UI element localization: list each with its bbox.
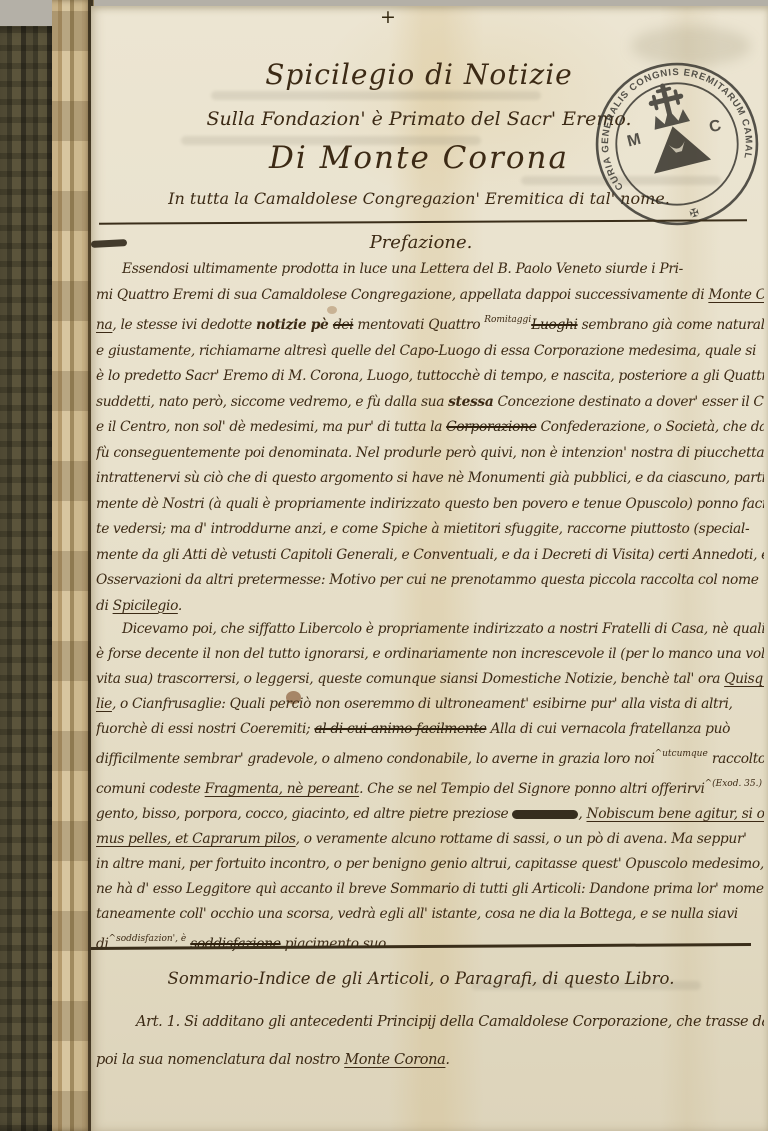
manuscript-line: è forse decente il non del tutto ignorar…: [96, 642, 764, 667]
text-segment: mente dè Nostri (à quali è propriamente …: [96, 496, 764, 512]
preface-heading: Prefazione.: [91, 232, 751, 253]
text-segment: è forse decente il non del tutto ignorar…: [96, 646, 764, 662]
summary-heading: Sommario-Indice de gli Articoli, o Parag…: [91, 969, 751, 988]
manuscript-page: + Spicilegio di Notizie Sulla Fondazion'…: [91, 6, 768, 1131]
text-segment: Concezione destinato a dover' esser il C…: [493, 394, 764, 410]
manuscript-line: poi la sua nomenclatura dal nostro Monte…: [96, 1041, 764, 1079]
text-segment: ,: [578, 806, 586, 822]
manuscript-line: di^soddisfazion', è soddisfazione piacim…: [96, 927, 764, 957]
text-segment: ne hà d' esso Leggitore quì accanto il b…: [96, 881, 764, 897]
manuscript-line: in altre mani, per fortuito incontro, o …: [96, 852, 764, 877]
preface-paragraph-1: Essendosi ultimamente prodotta in luce u…: [96, 257, 764, 619]
text-segment: Romitaggi: [484, 315, 531, 325]
text-segment: ^soddisfazion', è: [109, 934, 187, 944]
mountain-icon: [644, 119, 711, 173]
text-segment: Nobiscum bene agitur, si obtuleri-: [587, 806, 765, 822]
text-segment: Corporazione: [446, 419, 536, 435]
text-segment: na: [96, 317, 112, 333]
text-segment: comuni codeste: [96, 781, 205, 797]
text-segment: , o veramente alcuno rottame di sassi, o…: [296, 831, 747, 847]
manuscript-line: Essendosi ultimamente prodotta in luce u…: [96, 257, 764, 283]
stamp-emblem: CURIA GENERALIS CONGNIS EREMITARUM CAMAL…: [591, 58, 763, 230]
text-segment: gento, bisso, porpora, cocco, giacinto, …: [96, 806, 512, 822]
manuscript-line: fuorchè di essi nostri Coeremiti; al di …: [96, 717, 764, 742]
stamp-letter-c: C: [707, 116, 723, 136]
text-segment: sembrano già come naturalmente,: [578, 317, 764, 333]
text-segment: mentovati Quattro: [353, 317, 484, 333]
text-segment: al di cui animo facilmente: [314, 721, 486, 737]
text-segment: di: [96, 598, 113, 614]
text-segment: taneamente coll' occhio una scorsa, vedr…: [96, 906, 738, 922]
text-segment: mente da gli Atti dè vetusti Capitoli Ge…: [96, 547, 764, 563]
svg-text:CURIA GENERALIS CONGNIS EREMIT: CURIA GENERALIS CONGNIS EREMITARUM CAMAL…: [591, 58, 760, 199]
text-segment: poi la sua nomenclatura dal nostro: [96, 1052, 344, 1068]
devotional-cross-mark: +: [380, 6, 396, 28]
text-segment: in altre mani, per fortuito incontro, o …: [96, 856, 764, 872]
text-segment: Fragmenta, nè pereant: [205, 781, 359, 797]
text-segment: dei: [333, 317, 353, 333]
manuscript-line: ne hà d' esso Leggitore quì accanto il b…: [96, 877, 764, 902]
manuscript-line: Osservazioni da altri pretermesse: Motiv…: [96, 568, 764, 594]
text-segment: soddisfazione: [190, 936, 280, 952]
manuscript-line: lie, o Cianfrusaglie: Quali perciò non o…: [96, 692, 764, 717]
manuscript-photo: + Spicilegio di Notizie Sulla Fondazion'…: [0, 0, 768, 1131]
text-segment: mus pelles, et Caprarum pilos: [96, 831, 296, 847]
text-segment: fù conseguentemente poi denominata. Nel …: [96, 445, 764, 461]
manuscript-line: di Spicilegio.: [96, 594, 764, 620]
text-segment: , o Cianfrusaglie: Quali perciò non oser…: [112, 696, 733, 712]
stamp-letter-m: M: [625, 130, 642, 151]
text-segment: Alla di cui vernacola fratellanza può: [486, 721, 730, 737]
text-segment: e giustamente, richiamarne altresì quell…: [96, 343, 756, 359]
text-segment: stessa: [448, 394, 493, 410]
text-segment: ^(Exod. 35.): [705, 779, 762, 789]
manuscript-line: comuni codeste Fragmenta, nè pereant. Ch…: [96, 772, 764, 802]
text-segment: .: [445, 1052, 449, 1068]
text-segment: vita sua) trascorrersi, o leggersi, ques…: [96, 671, 724, 687]
preface-paragraph-2: Dicevamo poi, che siffatto Libercolo è p…: [96, 617, 764, 957]
text-segment: Art. 1. Si additano gli antecedenti Prin…: [136, 1014, 764, 1030]
manuscript-line: e il Centro, non sol' dè medesimi, ma pu…: [96, 415, 764, 441]
manuscript-line: fù conseguentemente poi denominata. Nel …: [96, 441, 764, 467]
text-segment: .: [178, 598, 182, 614]
text-segment: . Che se nel Tempio del Signore ponno al…: [359, 781, 705, 797]
manuscript-line: mente da gli Atti dè vetusti Capitoli Ge…: [96, 543, 764, 569]
text-segment: Luoghi: [531, 317, 577, 333]
text-segment: intrattenervi sù ciò che di questo argom…: [96, 470, 764, 486]
text-segment: suddetti, nato però, siccome vedremo, e …: [96, 394, 448, 410]
text-segment: Monte Coro-: [708, 287, 764, 303]
manuscript-line: gento, bisso, porpora, cocco, giacinto, …: [96, 802, 764, 827]
stamp-ring-text: CURIA GENERALIS CONGNIS EREMITARUM CAMAL…: [591, 58, 760, 199]
manuscript-line: suddetti, nato però, siccome vedremo, e …: [96, 390, 764, 416]
manuscript-line: mente dè Nostri (à quali è propriamente …: [96, 492, 764, 518]
text-segment: Osservazioni da altri pretermesse: Motiv…: [96, 572, 759, 588]
text-segment: ^utcumque: [655, 749, 708, 759]
manuscript-line: difficilmente sembrar' gradevole, o alme…: [96, 742, 764, 772]
text-segment: raccolto: [708, 751, 764, 767]
text-segment: lie: [96, 696, 112, 712]
text-segment: [512, 810, 578, 819]
text-segment: te vedersi; ma d' introddurne anzi, e co…: [96, 521, 749, 537]
manuscript-line: mus pelles, et Caprarum pilos, o veramen…: [96, 827, 764, 852]
text-segment: Dicevamo poi, che siffatto Libercolo è p…: [122, 621, 764, 637]
text-segment: e il Centro, non sol' dè medesimi, ma pu…: [96, 419, 446, 435]
manuscript-line: vita sua) trascorrersi, o leggersi, ques…: [96, 667, 764, 692]
manuscript-line: te vedersi; ma d' introddurne anzi, e co…: [96, 517, 764, 543]
text-segment: mi Quattro Eremi di sua Camaldolese Cong…: [96, 287, 708, 303]
manuscript-line: na, le stesse ivi dedotte notizie pè dei…: [96, 308, 764, 339]
manuscript-line: mi Quattro Eremi di sua Camaldolese Cong…: [96, 283, 764, 309]
text-segment: fuorchè di essi nostri Coeremiti;: [96, 721, 314, 737]
text-segment: Oro, ar-: [762, 781, 764, 797]
text-segment: notizie pè: [256, 317, 333, 333]
manuscript-line: taneamente coll' occhio una scorsa, vedr…: [96, 902, 764, 927]
text-segment: Monte Corona: [344, 1052, 445, 1068]
summary-article-1: Art. 1. Si additano gli antecedenti Prin…: [96, 1003, 764, 1079]
text-segment: difficilmente sembrar' gradevole, o alme…: [96, 751, 655, 767]
manuscript-line: Dicevamo poi, che siffatto Libercolo è p…: [96, 617, 764, 642]
text-segment: Essendosi ultimamente prodotta in luce u…: [122, 261, 683, 277]
text-segment: piacimento suo.: [281, 936, 390, 952]
manuscript-line: Art. 1. Si additano gli antecedenti Prin…: [96, 1003, 764, 1041]
text-segment: Spicilegio: [113, 598, 178, 614]
text-segment: è lo predetto Sacr' Eremo di M. Corona, …: [96, 368, 764, 384]
manuscript-line: intrattenervi sù ciò che di questo argom…: [96, 466, 764, 492]
manuscript-line: e giustamente, richiamarne altresì quell…: [96, 339, 764, 365]
text-segment: Quisqui-: [724, 671, 764, 687]
text-segment: Confederazione, o Società, che da lui: [536, 419, 764, 435]
curia-stamp: CURIA GENERALIS CONGNIS EREMITARUM CAMAL…: [591, 58, 763, 230]
text-segment: , le stesse ivi dedotte: [112, 317, 256, 333]
manuscript-line: è lo predetto Sacr' Eremo di M. Corona, …: [96, 364, 764, 390]
text-segment: di: [96, 936, 109, 952]
